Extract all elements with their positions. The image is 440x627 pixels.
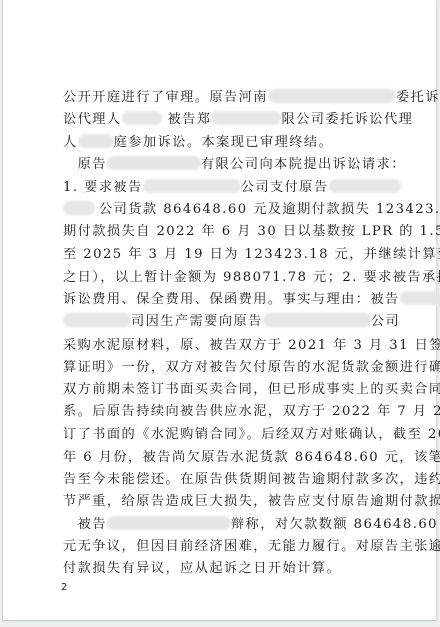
text: 司因生产需要向原告 [131, 314, 263, 329]
text: 付款损失有异议，应从起诉之日开始计算。 [63, 561, 341, 576]
text: 订了书面的《水泥购销合同》。后经双方对账确认，截至 2022 [63, 427, 440, 442]
text: 双方前期未签订书面买卖合同，但已形成事实上的买卖合同关 [63, 382, 440, 397]
text-line: 1. 要求被告公司支付原告 [63, 178, 383, 198]
text: 告至今未能偿还。在原告供货期间被告逾期付款多次，违约情 [63, 472, 440, 487]
text-line: 订了书面的《水泥购销合同》。后经双方对账确认，截至 2022 [63, 425, 383, 445]
text: 诉讼费用、保全费用、保函费用。事实与理由：被告 [63, 292, 400, 307]
text-line: 年 6 月份，被告尚欠原告水泥货款 864648.60 元，该笔欠款被 [63, 448, 383, 468]
text: 系。后原告持续向被告供应水泥，双方于 2022 年 7 月 25 日签 [63, 404, 440, 419]
text: 公司货款 864648.60 元及逾期付款损失 123423.18 元(逾 [99, 202, 440, 217]
text-line: 公开开庭进行了审理。原告河南委托诉 [63, 88, 383, 108]
redacted-blur [78, 134, 114, 148]
text-line: 人庭参加诉讼。本案现已审理终结。 [63, 133, 383, 153]
text: 采购水泥原材料，原、被告双方于 2021 年 3 月 31 日签订《结 [63, 338, 440, 353]
document-page: 公开开庭进行了审理。原告河南委托诉 讼代理人被告郑限公司委托诉讼代理 人庭参加诉… [2, 0, 437, 621]
text: 年 6 月份，被告尚欠原告水泥货款 864648.60 元，该笔欠款被 [63, 450, 440, 465]
text: 讼代理人 [63, 112, 122, 127]
text-line: 司因生产需要向原告公司 [63, 312, 383, 332]
text: 限公司委托诉讼代理 [281, 112, 413, 127]
text: 庭参加诉讼。本案现已审理终结。 [114, 135, 334, 150]
redacted-blur [122, 111, 162, 125]
redacted-blur [63, 201, 95, 215]
text: 委托诉 [396, 90, 440, 105]
text-line: 讼代理人被告郑限公司委托诉讼代理 [63, 110, 383, 130]
redacted-blur [143, 179, 241, 193]
text-line: 采购水泥原材料，原、被告双方于 2021 年 3 月 31 日签订《结 [63, 336, 383, 356]
text: 算证明》一份，双方对被告欠付原告的水泥货款金额进行确认， [63, 360, 440, 375]
text-line: 付款损失有异议，应从起诉之日开始计算。 [63, 559, 383, 579]
text-line: 系。后原告持续向被告供应水泥，双方于 2022 年 7 月 25 日签 [63, 402, 383, 422]
redacted-blur [268, 89, 396, 103]
text: 原告 [63, 157, 107, 172]
text: 被告 [63, 517, 107, 532]
text-line: 公司货款 864648.60 元及逾期付款损失 123423.18 元(逾 [63, 200, 383, 220]
text-line: 被告辩称，对欠款数额 864648.60 [63, 515, 383, 535]
text-line: 至 2025 年 3 月 19 日为 123423.18 元，并继续计算至实际付… [63, 245, 383, 265]
page-number: 2 [61, 582, 67, 593]
text-line: 之日），以上暂计金额为 988071.78 元；2. 要求被告承担本案 [63, 268, 383, 288]
redacted-blur [107, 156, 201, 170]
text: 公开开庭进行了审理。原告河南 [63, 90, 268, 105]
redacted-blur [400, 291, 440, 305]
redacted-blur [263, 313, 371, 327]
text: 被告郑 [168, 112, 212, 127]
text: 至 2025 年 3 月 19 日为 123423.18 元，并继续计算至实际付… [63, 247, 440, 262]
text: 人 [63, 135, 78, 150]
text-line: 双方前期未签订书面买卖合同，但已形成事实上的买卖合同关 [63, 380, 383, 400]
text: 节严重，给原告造成巨大损失，被告应支付原告逾期付款损失。 [63, 494, 440, 509]
text-line: 算证明》一份，双方对被告欠付原告的水泥货款金额进行确认， [63, 358, 383, 378]
text-line: 告至今未能偿还。在原告供货期间被告逾期付款多次，违约情 [63, 470, 383, 490]
text-line: 诉讼费用、保全费用、保函费用。事实与理由：被告 [63, 290, 383, 310]
text: 公司 [371, 314, 400, 329]
text: 期付款损失自 2022 年 6 月 30 日以基数按 LPR 的 1.5 倍暂计… [63, 224, 440, 239]
text-line: 节严重，给原告造成巨大损失，被告应支付原告逾期付款损失。 [63, 492, 383, 512]
redacted-blur [107, 516, 231, 530]
text: 元无争议，但因目前经济困难，无能力履行。对原告主张逾期 [63, 539, 440, 554]
text: 有限公司向本院提出诉讼请求： [201, 157, 406, 172]
text-line: 原告有限公司向本院提出诉讼请求： [63, 155, 383, 175]
text: 公司支付原告 [241, 180, 329, 195]
redacted-blur [211, 111, 281, 125]
text: 1. 要求被告 [63, 180, 143, 195]
redacted-blur [329, 179, 401, 193]
text-line: 期付款损失自 2022 年 6 月 30 日以基数按 LPR 的 1.5 倍暂计… [63, 222, 383, 242]
text: 辩称，对欠款数额 864648.60 [231, 517, 438, 532]
text-line: 元无争议，但因目前经济困难，无能力履行。对原告主张逾期 [63, 537, 383, 557]
redacted-blur [63, 313, 131, 327]
text: 之日），以上暂计金额为 988071.78 元；2. 要求被告承担本案 [63, 270, 440, 285]
